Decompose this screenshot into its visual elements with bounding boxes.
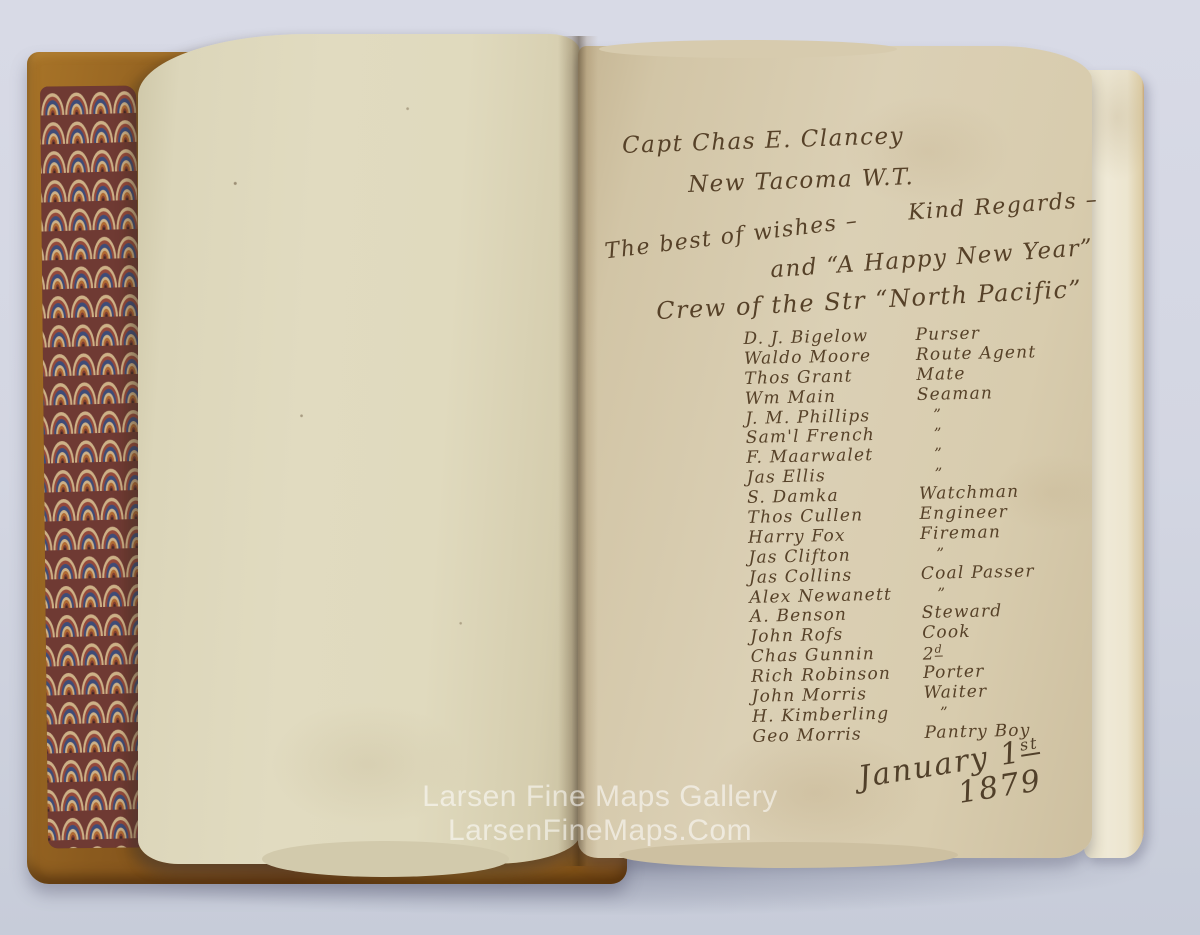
crew-member-role: Mate — [916, 365, 966, 386]
kind-regards-line: Kind Regards – — [907, 187, 1099, 225]
crew-member-role: ” — [924, 703, 949, 723]
crew-member-name: Geo Morris — [752, 724, 924, 748]
crew-member-role: ” — [918, 425, 943, 445]
crew-member-role: Seaman — [917, 384, 994, 406]
marbled-endpaper — [40, 86, 144, 849]
date-inscription: January 1st 1879 — [856, 732, 1047, 826]
book-photograph: Capt Chas E. Clancey New Tacoma W.T. Kin… — [0, 0, 1200, 935]
crew-heading-line: Crew of the Str “North Pacific” — [656, 275, 1083, 325]
marble-pattern — [40, 86, 144, 849]
date-ordinal: st — [1018, 733, 1040, 757]
recipient-place-line: New Tacoma W.T. — [688, 164, 915, 198]
crew-member-role: ” — [920, 544, 945, 564]
crew-member-role: ” — [917, 405, 942, 425]
crew-member-role: ” — [918, 465, 943, 485]
crew-member-role: Waiter — [923, 683, 987, 704]
crew-member-role: ” — [921, 584, 946, 604]
crew-member-role: Fireman — [920, 523, 1001, 545]
crew-member-role: Purser — [915, 325, 980, 346]
crew-member-role: Coal Passer — [921, 562, 1035, 584]
crew-member-role: Route Agent — [916, 343, 1037, 366]
manuscript-page: Capt Chas E. Clancey New Tacoma W.T. Kin… — [578, 46, 1092, 858]
crew-member-role: Steward — [922, 603, 1003, 625]
recipient-name-line: Capt Chas E. Clancey — [622, 123, 905, 159]
crew-member-role: 2d — [922, 644, 943, 664]
crew-list: D. J. BigelowPurserWaldo MooreRoute Agen… — [743, 322, 1097, 747]
blank-verso-page — [138, 34, 580, 864]
crew-member-role: ” — [918, 445, 943, 465]
crew-member-role: Cook — [922, 623, 971, 644]
